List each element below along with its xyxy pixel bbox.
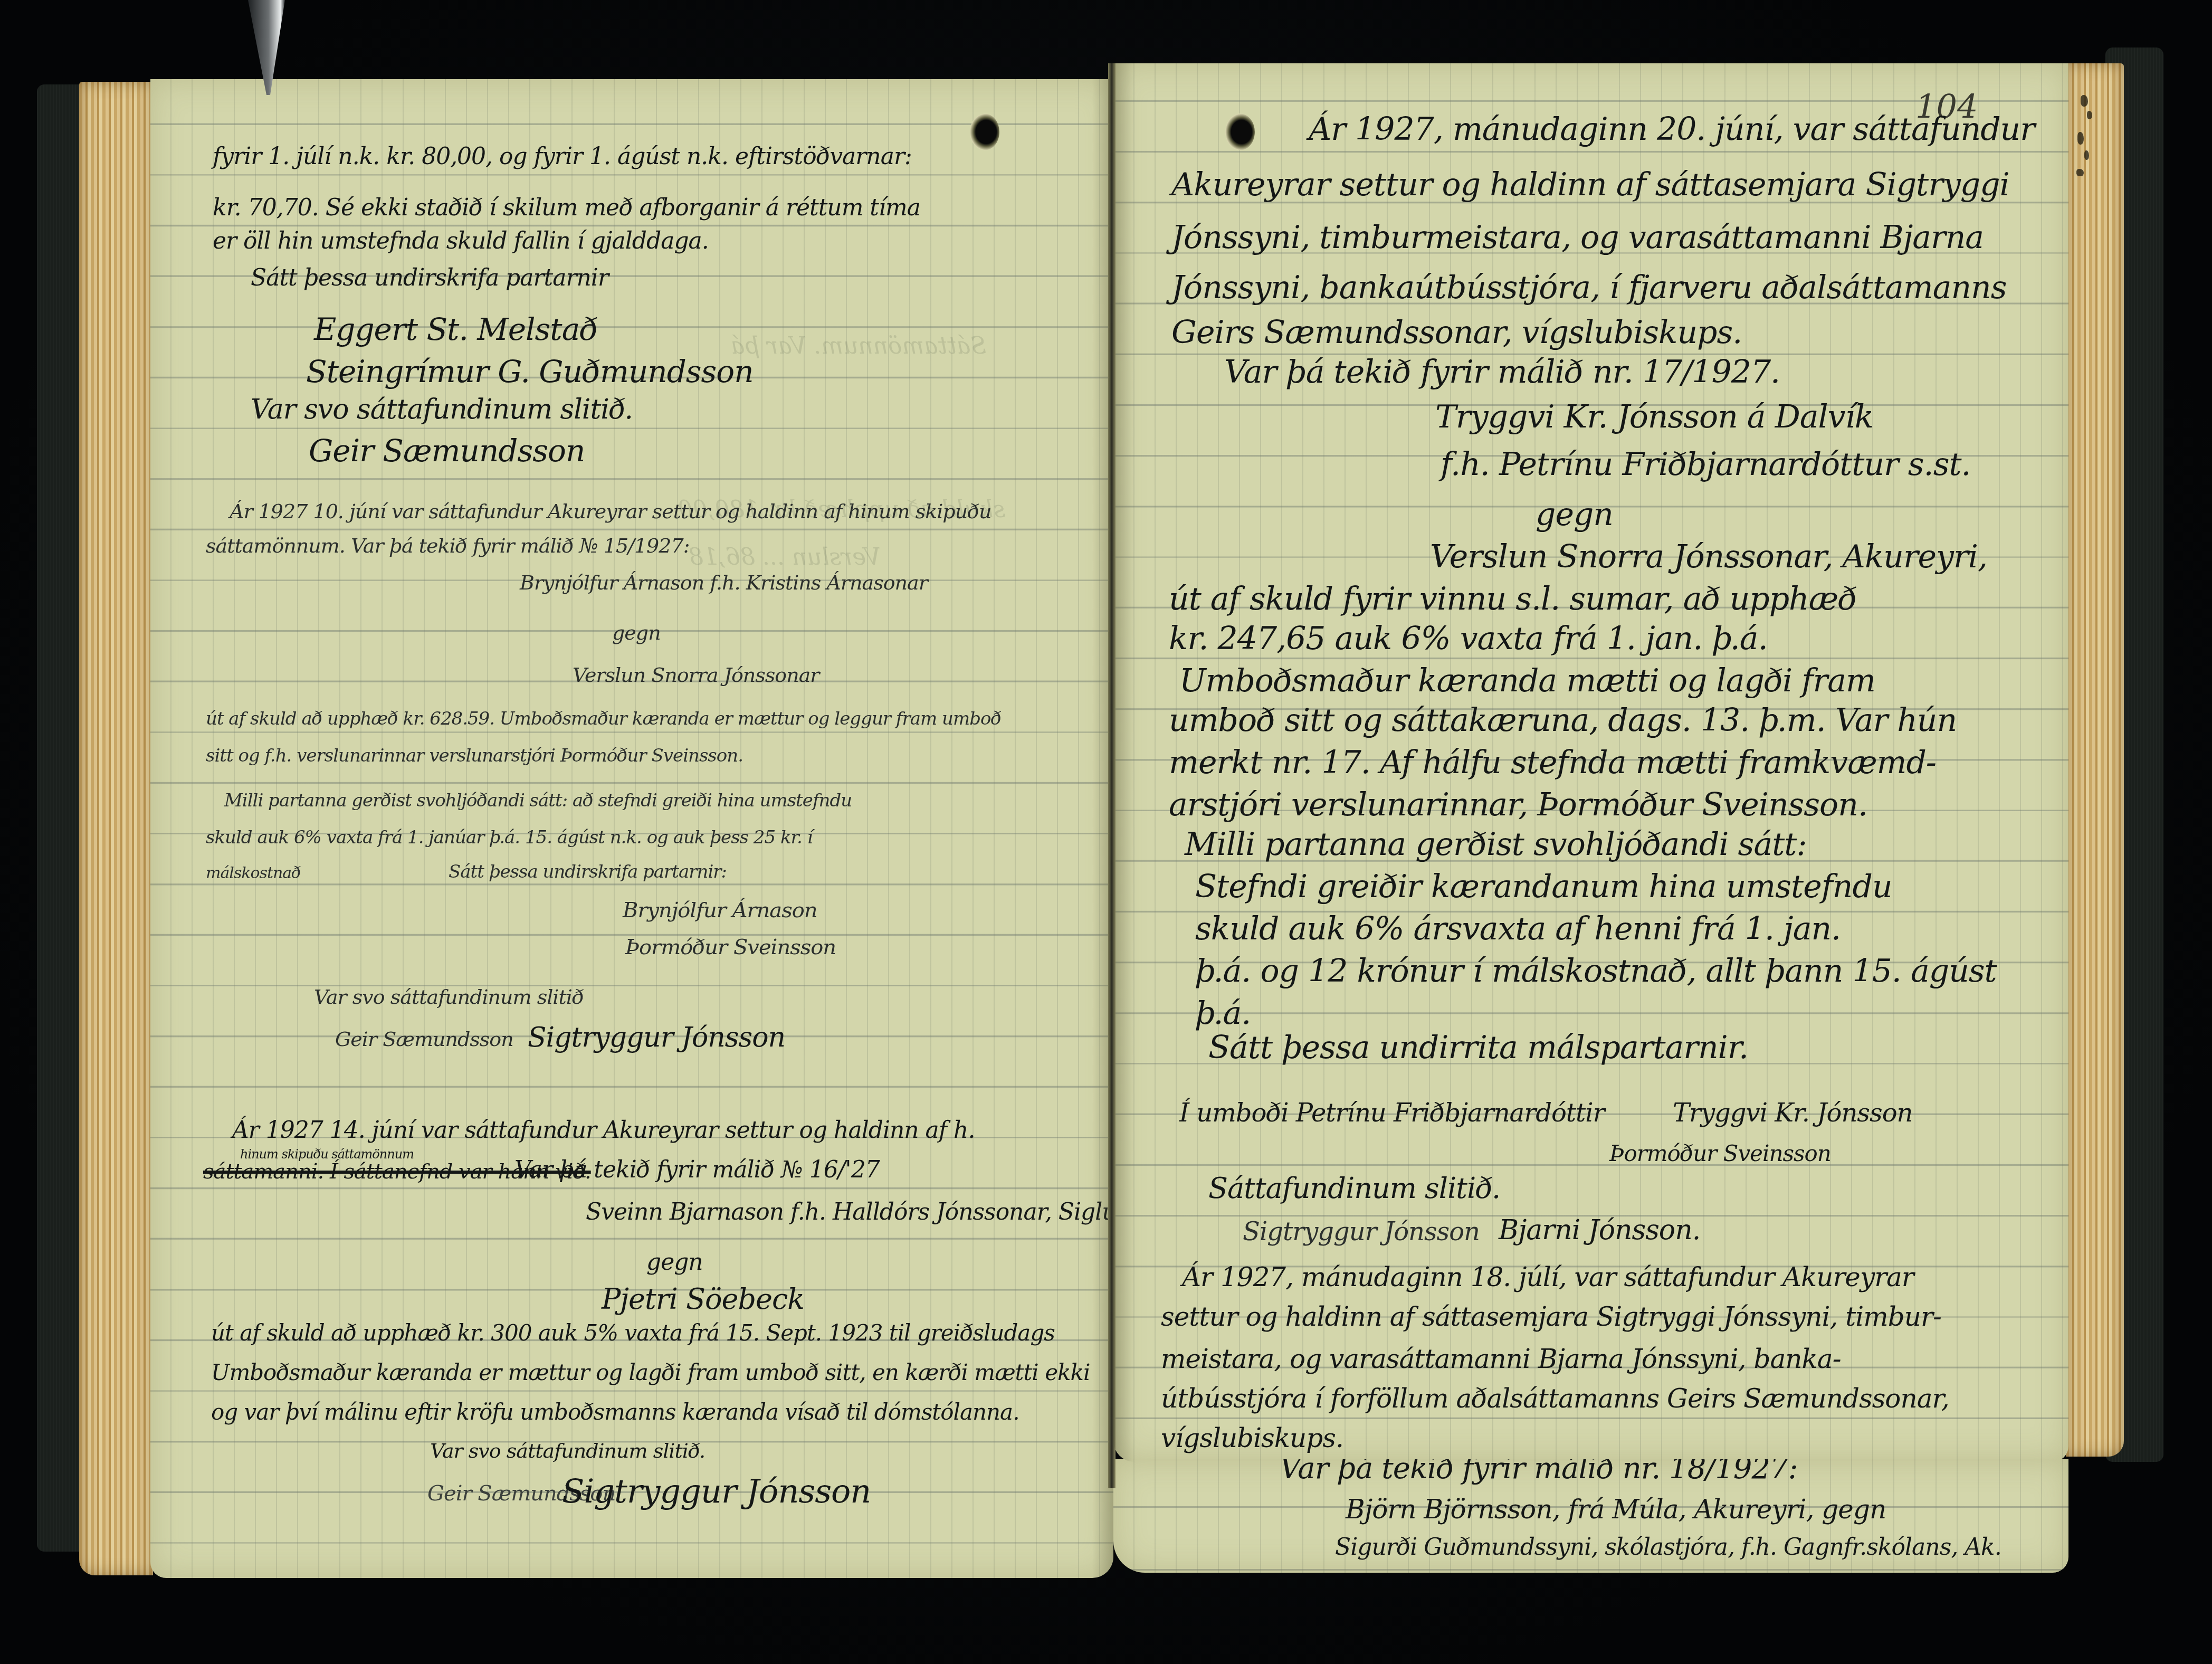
text-line: er öll hin umstefnda skuld fallin í gjal… bbox=[213, 230, 709, 253]
text-line: þ.á. bbox=[1195, 997, 1251, 1029]
signature: Steingrímur G. Guðmundsson bbox=[306, 356, 754, 387]
text-line: sitt og f.h. verslunarinnar verslunarstj… bbox=[206, 747, 743, 765]
text-line: Jónssyni, bankaútbússtjóra, í fjarveru a… bbox=[1171, 272, 2007, 303]
signature: Sigtryggur Jónsson bbox=[528, 1024, 785, 1051]
text-line: kr. 247,65 auk 6% vaxta frá 1. jan. þ.á. bbox=[1169, 623, 1768, 654]
text-line: Sigurði Guðmundssyni, skólastjóra, f.h. … bbox=[1335, 1536, 2001, 1559]
text-line: gegn bbox=[646, 1251, 703, 1274]
text-line: Ár 1927 14. júní var sáttafundur Akureyr… bbox=[232, 1119, 975, 1142]
page-edges-left bbox=[79, 82, 153, 1575]
text-line: Verslun Snorra Jónssonar, Akureyri, bbox=[1430, 541, 1987, 573]
signature: Sigtryggur Jónsson bbox=[562, 1475, 871, 1508]
text-line: Sátt þessa undirskrifa partarnir: bbox=[449, 863, 727, 881]
text-line: f.h. Petrínu Friðbjarnardóttur s.st. bbox=[1441, 449, 1971, 480]
text-line: Sátt þessa undirrita málspartarnir. bbox=[1208, 1032, 1748, 1063]
text-line: merkt nr. 17. Af hálfu stefnda mætti fra… bbox=[1169, 747, 1936, 778]
text-line: Ár 1927 10. júní var sáttafundur Akureyr… bbox=[230, 501, 991, 521]
text-line: Í umboði Petrínu Friðbjarnardóttir bbox=[1179, 1100, 1605, 1126]
text-line: Var þá tekið fyrir málið № 16/'27 bbox=[514, 1158, 880, 1182]
text-line: kr. 70,70. Sé ekki staðið í skilum með a… bbox=[213, 196, 920, 220]
text-line: gegn bbox=[1536, 499, 1613, 530]
text-line: vígslubiskups. bbox=[1161, 1425, 1343, 1451]
signature: Þormóður Sveinsson bbox=[1609, 1143, 1831, 1165]
text-line: Sveinn Bjarnason f.h. Halldórs Jónssonar… bbox=[586, 1201, 1113, 1224]
text-line: Tryggvi Kr. Jónsson á Dalvík bbox=[1435, 401, 1873, 433]
text-line: málskostnað bbox=[206, 866, 300, 881]
text-line: Akureyrar settur og haldinn af sáttasemj… bbox=[1171, 169, 2009, 201]
text-line: Björn Björnsson, frá Múla, Akureyri, geg… bbox=[1346, 1496, 1886, 1523]
text-line: skuld auk 6% ársvaxta af henni frá 1. ja… bbox=[1195, 913, 1841, 945]
text-line: fyrir 1. júlí n.k. kr. 80,00, og fyrir 1… bbox=[213, 145, 912, 168]
text-line: skuld auk 6% vaxta frá 1. janúar þ.á. 15… bbox=[206, 829, 813, 847]
signature: Eggert St. Melstað bbox=[314, 314, 597, 345]
page-edges-right bbox=[2066, 63, 2124, 1457]
signature: Tryggvi Kr. Jónsson bbox=[1673, 1100, 1912, 1126]
text-line: Umboðsmaður kæranda er mættur og lagði f… bbox=[211, 1362, 1090, 1384]
text-line: Jónssyni, timburmeistara, og varasáttama… bbox=[1171, 222, 1984, 253]
right-page: 104 Ár 1927, mánudaginn 20. júní, var sá… bbox=[1113, 63, 2068, 1462]
insertion-note: hinum skipuðu sáttamönnum bbox=[240, 1148, 414, 1161]
text-line: út af skuld fyrir vinnu s.l. sumar, að u… bbox=[1169, 583, 1856, 615]
text-line: út af skuld að upphæð kr. 628.59. Umboðs… bbox=[206, 710, 1001, 728]
text-line: Var þá tekið fyrir málið nr. 18/1927: bbox=[1280, 1459, 1798, 1484]
text-line: Var svo sáttafundinum slitið. bbox=[430, 1441, 705, 1461]
text-line: Var svo sáttafundinum slitið bbox=[314, 987, 584, 1007]
text-line: arstjóri verslunarinnar, Þormóður Sveins… bbox=[1169, 789, 1867, 821]
text-line: Milli partanna gerðist svohljóðandi sátt… bbox=[224, 792, 852, 810]
text-line: þ.á. og 12 krónur í málskostnað, allt þa… bbox=[1195, 955, 1997, 987]
text-line: Milli partanna gerðist svohljóðandi sátt… bbox=[1185, 829, 1807, 860]
signature: Geir Sæmundsson bbox=[335, 1029, 513, 1049]
signature: Geir Sæmundsson bbox=[309, 435, 585, 466]
text-line: Ár 1927, mánudaginn 20. júní, var sáttaf… bbox=[1309, 113, 2035, 145]
text-line: útbússtjóra í forföllum aðalsáttamanns G… bbox=[1161, 1385, 1949, 1412]
signature: Þormóður Sveinsson bbox=[625, 937, 836, 958]
text-line: Brynjólfur Árnason f.h. Kristins Árnason… bbox=[520, 573, 928, 593]
text-line: Var þá tekið fyrir málið nr. 17/1927. bbox=[1224, 356, 1780, 388]
text-line: Sátt þessa undirskrifa partarnir bbox=[251, 267, 608, 290]
text-line: Geirs Sæmundssonar, vígslubiskups. bbox=[1171, 317, 1742, 348]
text-line: Var svo sáttafundinum slitið. bbox=[251, 396, 633, 423]
text-line: meistara, og varasáttamanni Bjarna Jónss… bbox=[1161, 1346, 1841, 1372]
text-line: Umboðsmaður kæranda mætti og lagði fram bbox=[1179, 665, 1875, 697]
text-line: gegn bbox=[612, 623, 661, 643]
text-line: Sáttafundinum slitið. bbox=[1208, 1174, 1500, 1203]
signature: Brynjólfur Árnason bbox=[623, 900, 817, 921]
text-line: sáttamönnum. Var þá tekið fyrir málið № … bbox=[206, 536, 689, 556]
text-line: Pjetri Söebeck bbox=[602, 1285, 804, 1314]
text-line: Ár 1927, mánudaginn 18. júlí, var sáttaf… bbox=[1182, 1264, 1914, 1290]
text-line: Stefndi greiðir kærandanum hina umstefnd… bbox=[1195, 871, 1892, 902]
text-line: og var því málinu eftir kröfu umboðsmann… bbox=[211, 1401, 1019, 1423]
text-line: settur og haldinn af sáttasemjara Sigtry… bbox=[1161, 1304, 1941, 1330]
text-line: umboð sitt og sáttakæruna, dags. 13. þ.m… bbox=[1169, 705, 1957, 736]
text-line: út af skuld að upphæð kr. 300 auk 5% vax… bbox=[211, 1322, 1055, 1344]
left-page: Sáttamönnum. Var þá skuld að upphæð kr. … bbox=[150, 79, 1113, 1578]
signature: Bjarni Jónsson. bbox=[1499, 1216, 1700, 1244]
punch-hole bbox=[1225, 113, 1255, 150]
punch-hole bbox=[970, 113, 999, 150]
right-page-bottom: Var þá tekið fyrir málið nr. 18/1927: Bj… bbox=[1113, 1459, 2068, 1573]
signature: Sigtryggur Jónsson bbox=[1243, 1219, 1480, 1244]
text-line: Verslun Snorra Jónssonar bbox=[573, 665, 819, 685]
